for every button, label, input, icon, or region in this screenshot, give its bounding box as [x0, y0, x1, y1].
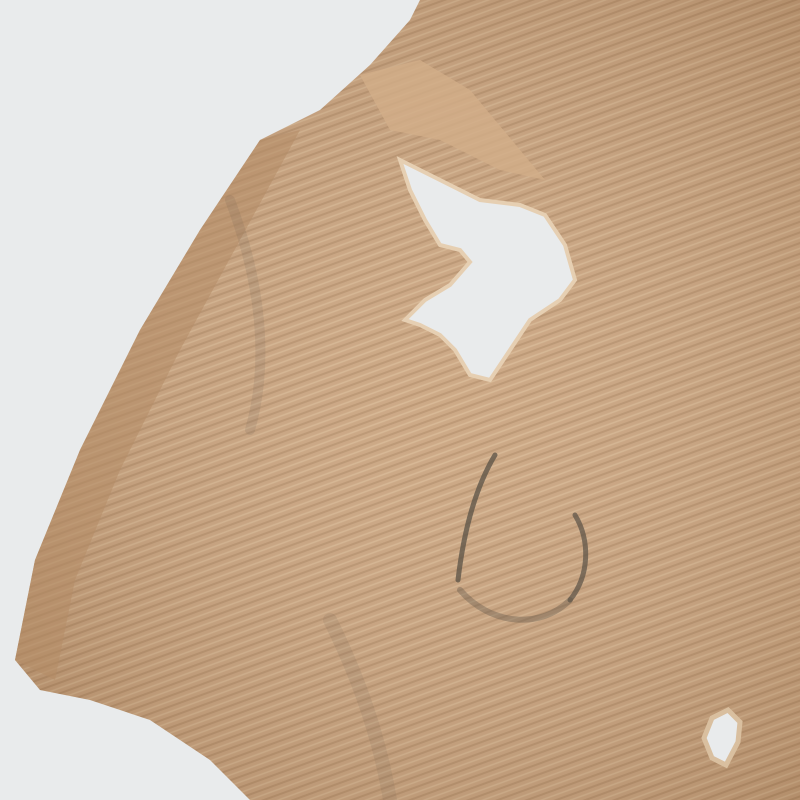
fabric-photo	[0, 0, 800, 800]
fabric-body	[15, 0, 800, 800]
